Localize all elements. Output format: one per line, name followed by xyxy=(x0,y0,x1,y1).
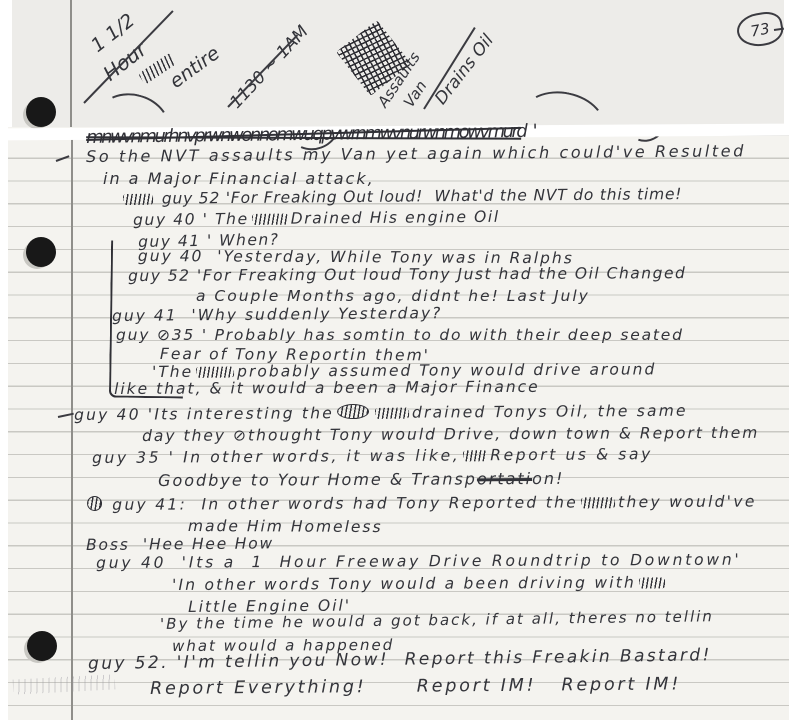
hole-punch xyxy=(26,97,56,127)
handwritten-line: a Couple Months ago, didnt he! Last July xyxy=(196,289,590,305)
handwritten-line: like that, & it would a been a Major Fin… xyxy=(114,380,540,398)
text-segment: thought Tony would Drive, down town & Re… xyxy=(248,424,759,445)
margin-rule-line-top xyxy=(70,0,72,127)
text-segment: Boss 'Hee Hee How xyxy=(86,534,274,554)
text-segment: ' Probably has somtin to do with their d… xyxy=(195,326,684,344)
handwritten-line: guy 41: In other words had Tony Reported… xyxy=(84,492,757,513)
text-segment: guy 52 'For Freaking Out loud Tony Just … xyxy=(128,264,686,285)
handwritten-line: Goodbye to Your Home & Transportation! xyxy=(158,471,564,489)
text-segment: guy 41 'Why suddenly Yesterday? xyxy=(112,304,442,325)
text-segment: they would've xyxy=(618,492,757,511)
text-segment: day they xyxy=(142,427,233,445)
text-segment: like that, & it would a been a Major Fin… xyxy=(114,378,540,398)
handwritten-line: day they ⊘thought Tony would Drive, down… xyxy=(142,426,759,445)
handwritten-line: guy 40 'Its interesting thedrained Tonys… xyxy=(74,402,688,424)
text-segment: guy xyxy=(116,326,157,344)
text-segment: ortati xyxy=(477,469,532,488)
margin-rule-line-bottom xyxy=(71,138,73,720)
handwritten-line: 'In other words Tony would a been drivin… xyxy=(172,575,668,593)
hole-punch xyxy=(27,631,57,661)
handwritten-line: guy 40 ' TheDrained His engine Oil xyxy=(133,210,500,229)
text-segment: in a Major Financial attack, xyxy=(103,169,375,188)
text-segment: ' xyxy=(525,121,536,142)
page-number: 73 xyxy=(749,19,771,40)
handwritten-line: Boss 'Hee Hee How xyxy=(86,536,274,553)
text-segment: guy 40 'Its a 1 Hour Freeway Drive Round… xyxy=(96,551,742,572)
text-segment: drained Tonys Oil, the same xyxy=(412,402,688,422)
handwritten-line: guy 40 'Its a 1 Hour Freeway Drive Round… xyxy=(96,553,742,572)
text-segment: a Couple Months ago, didnt he! Last July xyxy=(196,287,590,305)
scribbled-out-word xyxy=(375,408,409,419)
text-segment: Report us & say xyxy=(490,445,653,464)
scribbled-out-word xyxy=(639,577,665,588)
text-segment: 'In other words Tony would a been drivin… xyxy=(172,574,636,594)
text-segment: ⊘35 xyxy=(157,326,195,344)
handwritten-line: guy ⊘35 ' Probably has somtin to do with… xyxy=(116,328,684,344)
text-segment: ⊘ xyxy=(233,426,248,444)
scribbled-out-word xyxy=(581,497,615,508)
notebook-scan: 73 1 1/2Hourentire1130 ~ 1AMAssaultsVanD… xyxy=(0,0,789,720)
text-segment: Drained His engine Oil xyxy=(291,208,500,228)
scribbled-out-word xyxy=(463,450,487,461)
scribbled-out-word xyxy=(252,214,288,225)
handwritten-line: guy 41 'Why suddenly Yesterday? xyxy=(112,306,442,324)
scribbled-out-word xyxy=(337,404,369,419)
text-segment: 'The xyxy=(152,363,193,381)
handwritten-line: made Him Homeless xyxy=(188,519,383,536)
text-segment: Goodbye to Your Home & Transp xyxy=(158,469,477,490)
hole-punch xyxy=(26,237,56,267)
text-segment: on! xyxy=(532,469,564,488)
text-segment: guy 35 ' In other words, it was like, xyxy=(92,446,460,467)
text-segment: guy 41: In other words had Tony Reported… xyxy=(105,493,578,513)
scribbled-out-word xyxy=(87,496,102,511)
text-segment: made Him Homeless xyxy=(188,517,383,536)
scribbled-out-word xyxy=(196,367,234,378)
text-segment: guy 40 'Its interesting the xyxy=(74,404,334,424)
handwritten-line: guy 35 ' In other words, it was like,Rep… xyxy=(92,447,653,466)
scribbled-out-word xyxy=(123,194,153,205)
handwritten-line: guy 52 'For Freaking Out loud Tony Just … xyxy=(128,266,686,284)
text-segment: guy 40 ' The xyxy=(133,210,249,229)
handwritten-line: in a Major Financial attack, xyxy=(103,171,375,187)
